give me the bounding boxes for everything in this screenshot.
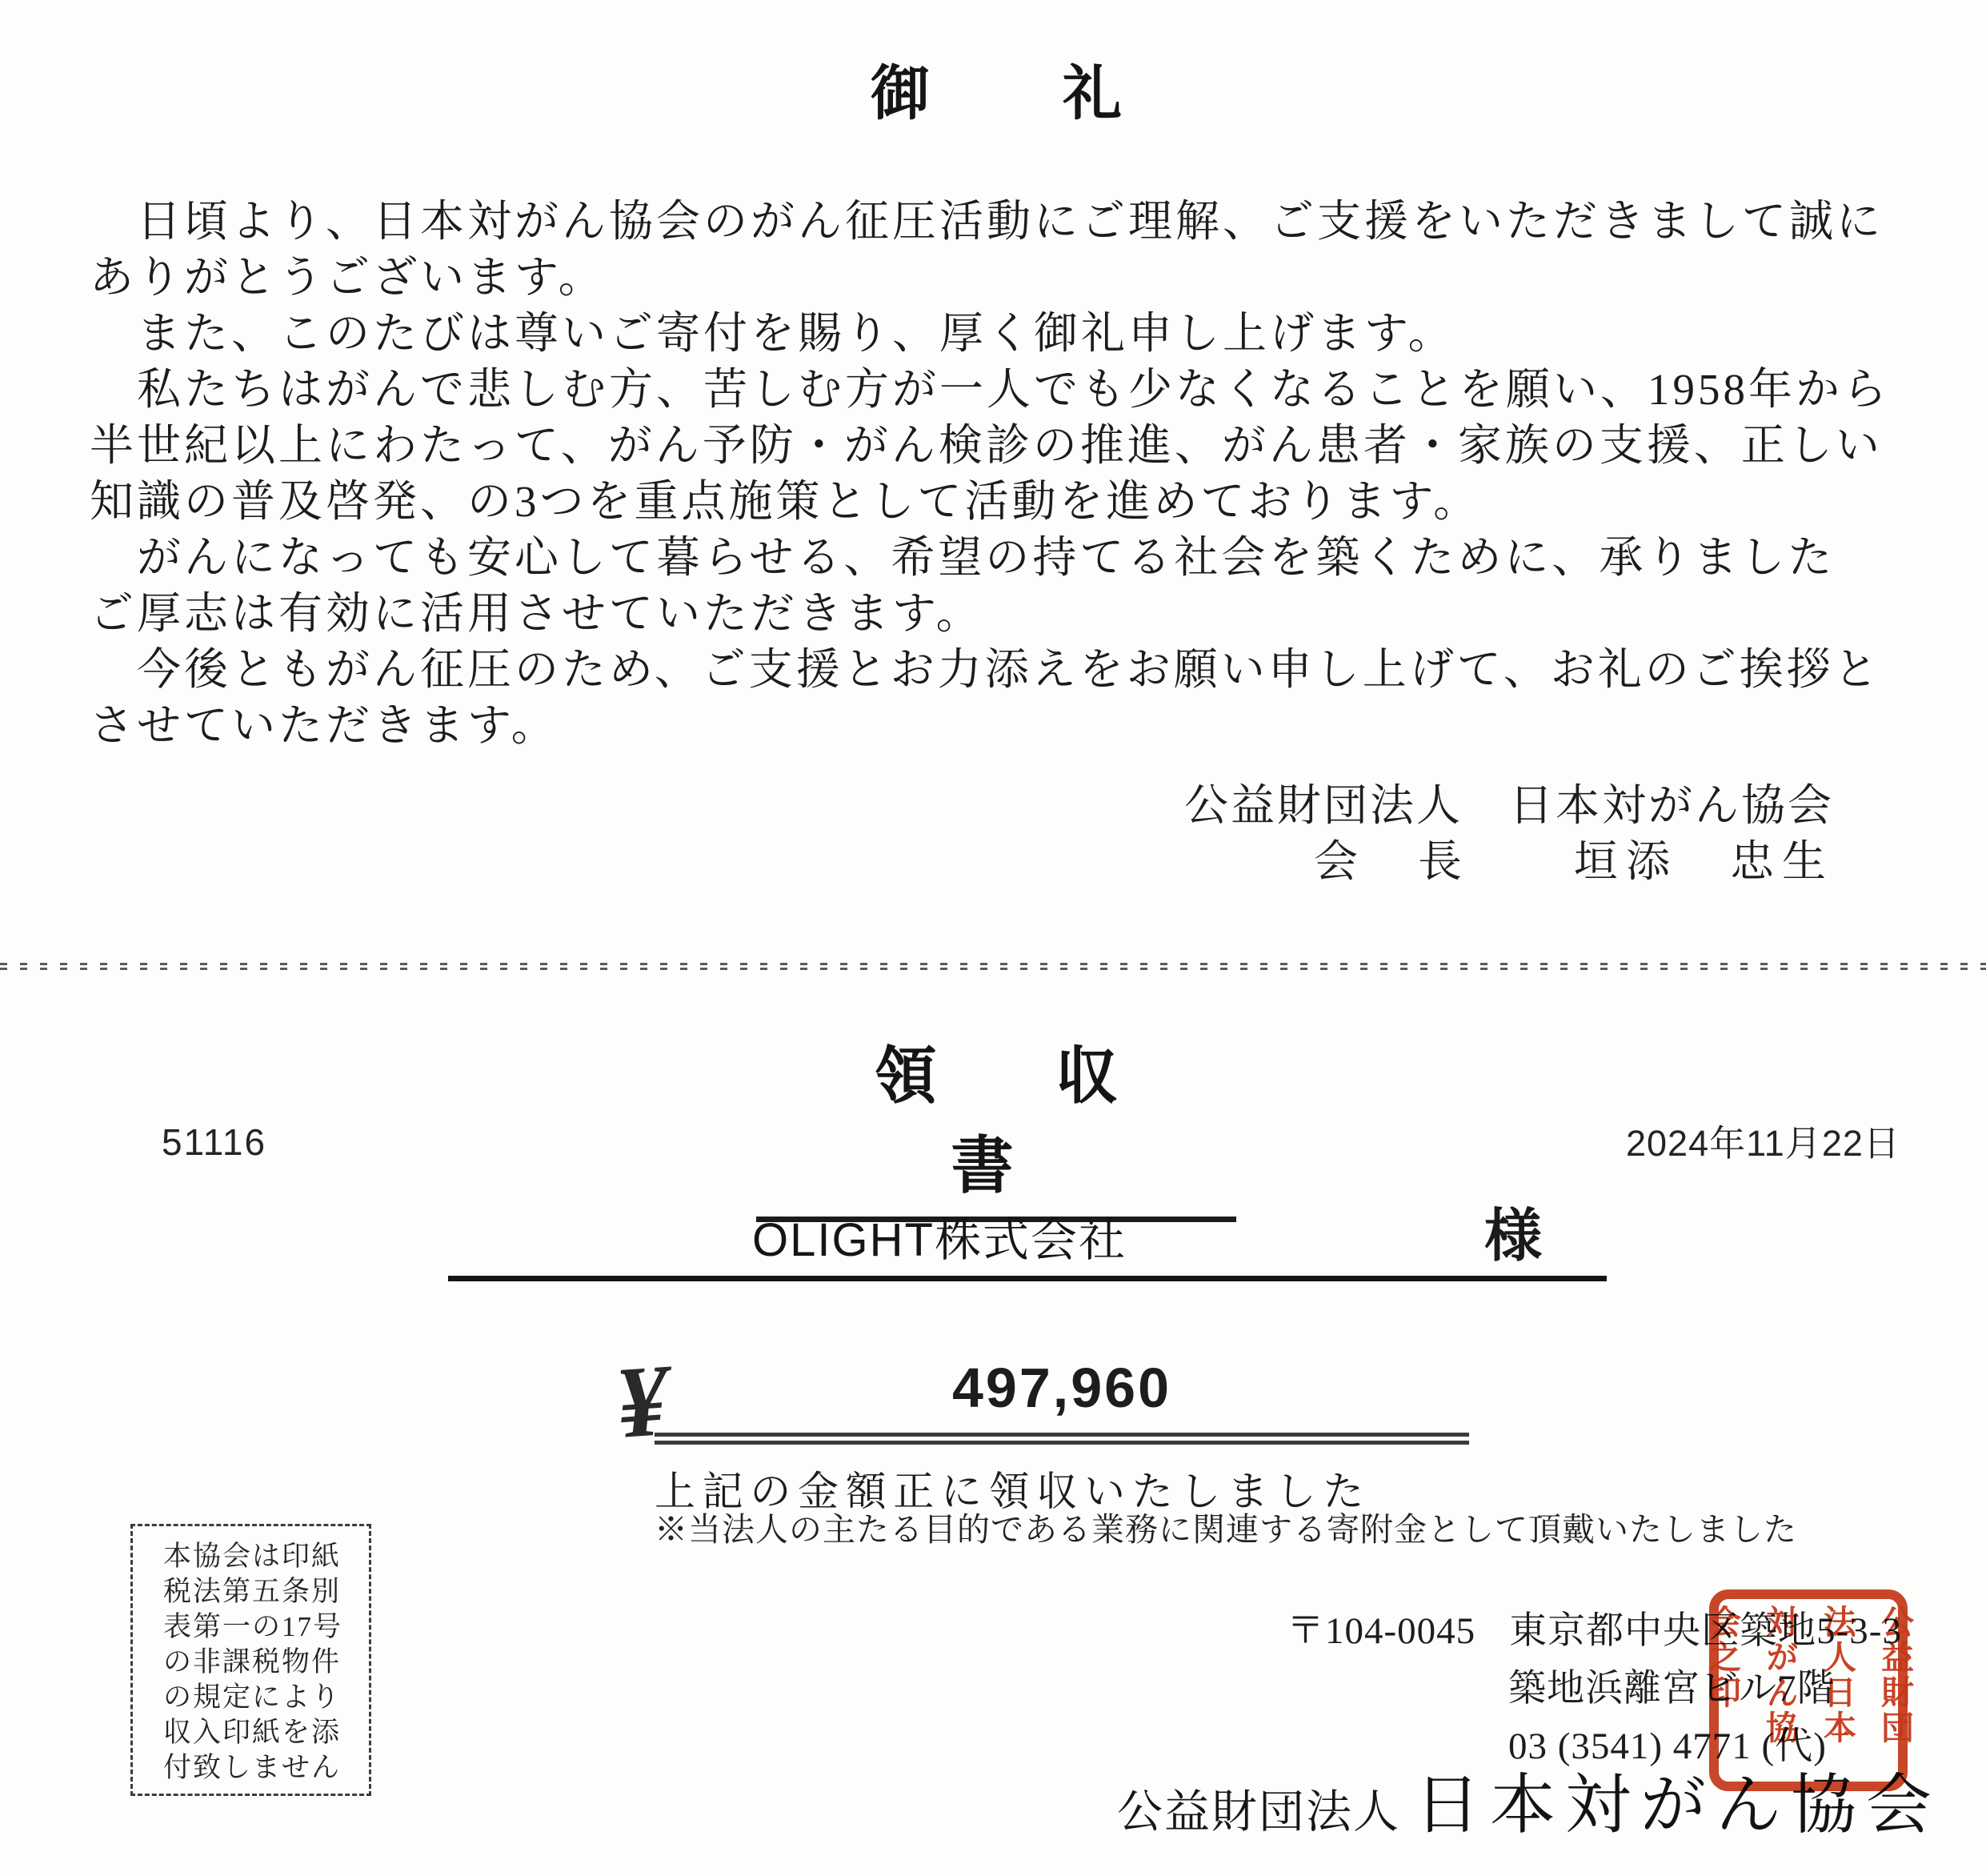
letter-line: ご厚志は有効に活用させていただきます。 xyxy=(90,586,1908,642)
perforation-line xyxy=(0,963,1986,971)
amount-underline: 497,960 xyxy=(655,1356,1469,1445)
stamp-tax-line: 本協会は印紙 xyxy=(163,1539,369,1574)
payer-honorific: 様 xyxy=(1484,1189,1542,1273)
stamp-tax-line: の規定により xyxy=(163,1680,369,1715)
letter-line: ありがとうございます。 xyxy=(90,250,1908,306)
signature-org: 公益財団法人 日本対がん協会 xyxy=(90,778,1834,834)
letter-line: 私たちはがんで悲しむ方、苦しむ方が一人でも少なくなることを願い、1958年から xyxy=(90,362,1908,418)
letter-line: 今後ともがん征圧のため、ご支援とお力添えをお願い申し上げて、お礼のご挨拶と xyxy=(90,642,1908,698)
letter-line: 日頃より、日本対がん協会のがん征圧活動にご理解、ご支援をいただきまして誠に xyxy=(90,194,1908,250)
issuer-org-prefix: 公益財団法人 xyxy=(1117,1775,1400,1841)
perforation-dashes xyxy=(0,968,1986,970)
signature-president: 会 長 垣添 忠生 xyxy=(90,834,1834,890)
receipt-title: 領 収 書 xyxy=(756,1026,1236,1222)
letter-body: 日頃より、日本対がん協会のがん征圧活動にご理解、ご支援をいただきまして誠にありが… xyxy=(90,194,1908,754)
scanned-receipt-document: 御 礼 日頃より、日本対がん協会のがん征圧活動にご理解、ご支援をいただきまして誠… xyxy=(0,0,1986,1876)
stamp-tax-line: 税法第五条別 xyxy=(163,1574,369,1609)
signature-block: 公益財団法人 日本対がん協会 会 長 垣添 忠生 xyxy=(90,778,1908,890)
letter-line: させていただきます。 xyxy=(90,698,1908,754)
organization-seal: 公益財団法人日本対がん協会之印 xyxy=(1709,1589,1908,1791)
receipt-number: 51116 xyxy=(162,1120,266,1164)
thank-you-letter: 御 礼 日頃より、日本対がん協会のがん征圧活動にご理解、ご支援をいただきまして誠… xyxy=(90,46,1908,890)
stamp-tax-line: 表第一の17号 xyxy=(163,1609,369,1645)
seal-text: 公益財団法人日本対がん協会之印 xyxy=(1693,1605,1924,1776)
letter-line: 半世紀以上にわたって、がん予防・がん検診の推進、がん患者・家族の支援、正しい xyxy=(90,418,1908,474)
receipt-date: 2024年11月22日 xyxy=(1626,1114,1900,1166)
stamp-tax-line: 付致しません xyxy=(163,1750,369,1786)
letter-line: がんになっても安心して暮らせる、希望の持てる社会を築くために、承りました xyxy=(90,530,1908,586)
stamp-tax-box: 本協会は印紙税法第五条別表第一の17号の非課税物件の規定により収入印紙を添付致し… xyxy=(130,1524,371,1796)
letter-title: 御 礼 xyxy=(90,46,1908,131)
tax-exemption-note: ※当法人の主たる目的である業務に関連する寄附金として頂戴いたしました xyxy=(655,1503,1797,1550)
payer-row: OLIGHT株式会社 様 xyxy=(448,1194,1607,1281)
issuer-postal-code: 〒104-0045 xyxy=(1287,1610,1475,1652)
amount-value: 497,960 xyxy=(952,1357,1171,1419)
perforation-dashes xyxy=(0,963,1986,965)
stamp-tax-line: 収入印紙を添 xyxy=(163,1715,369,1750)
stamp-tax-line: の非課税物件 xyxy=(163,1645,369,1680)
letter-line: また、このたびは尊いご寄付を賜り、厚く御礼申し上げます。 xyxy=(90,306,1908,362)
letter-line: 知識の普及啓発、の3つを重点施策として活動を進めております。 xyxy=(90,474,1908,530)
payer-name: OLIGHT株式会社 xyxy=(448,1202,1431,1269)
